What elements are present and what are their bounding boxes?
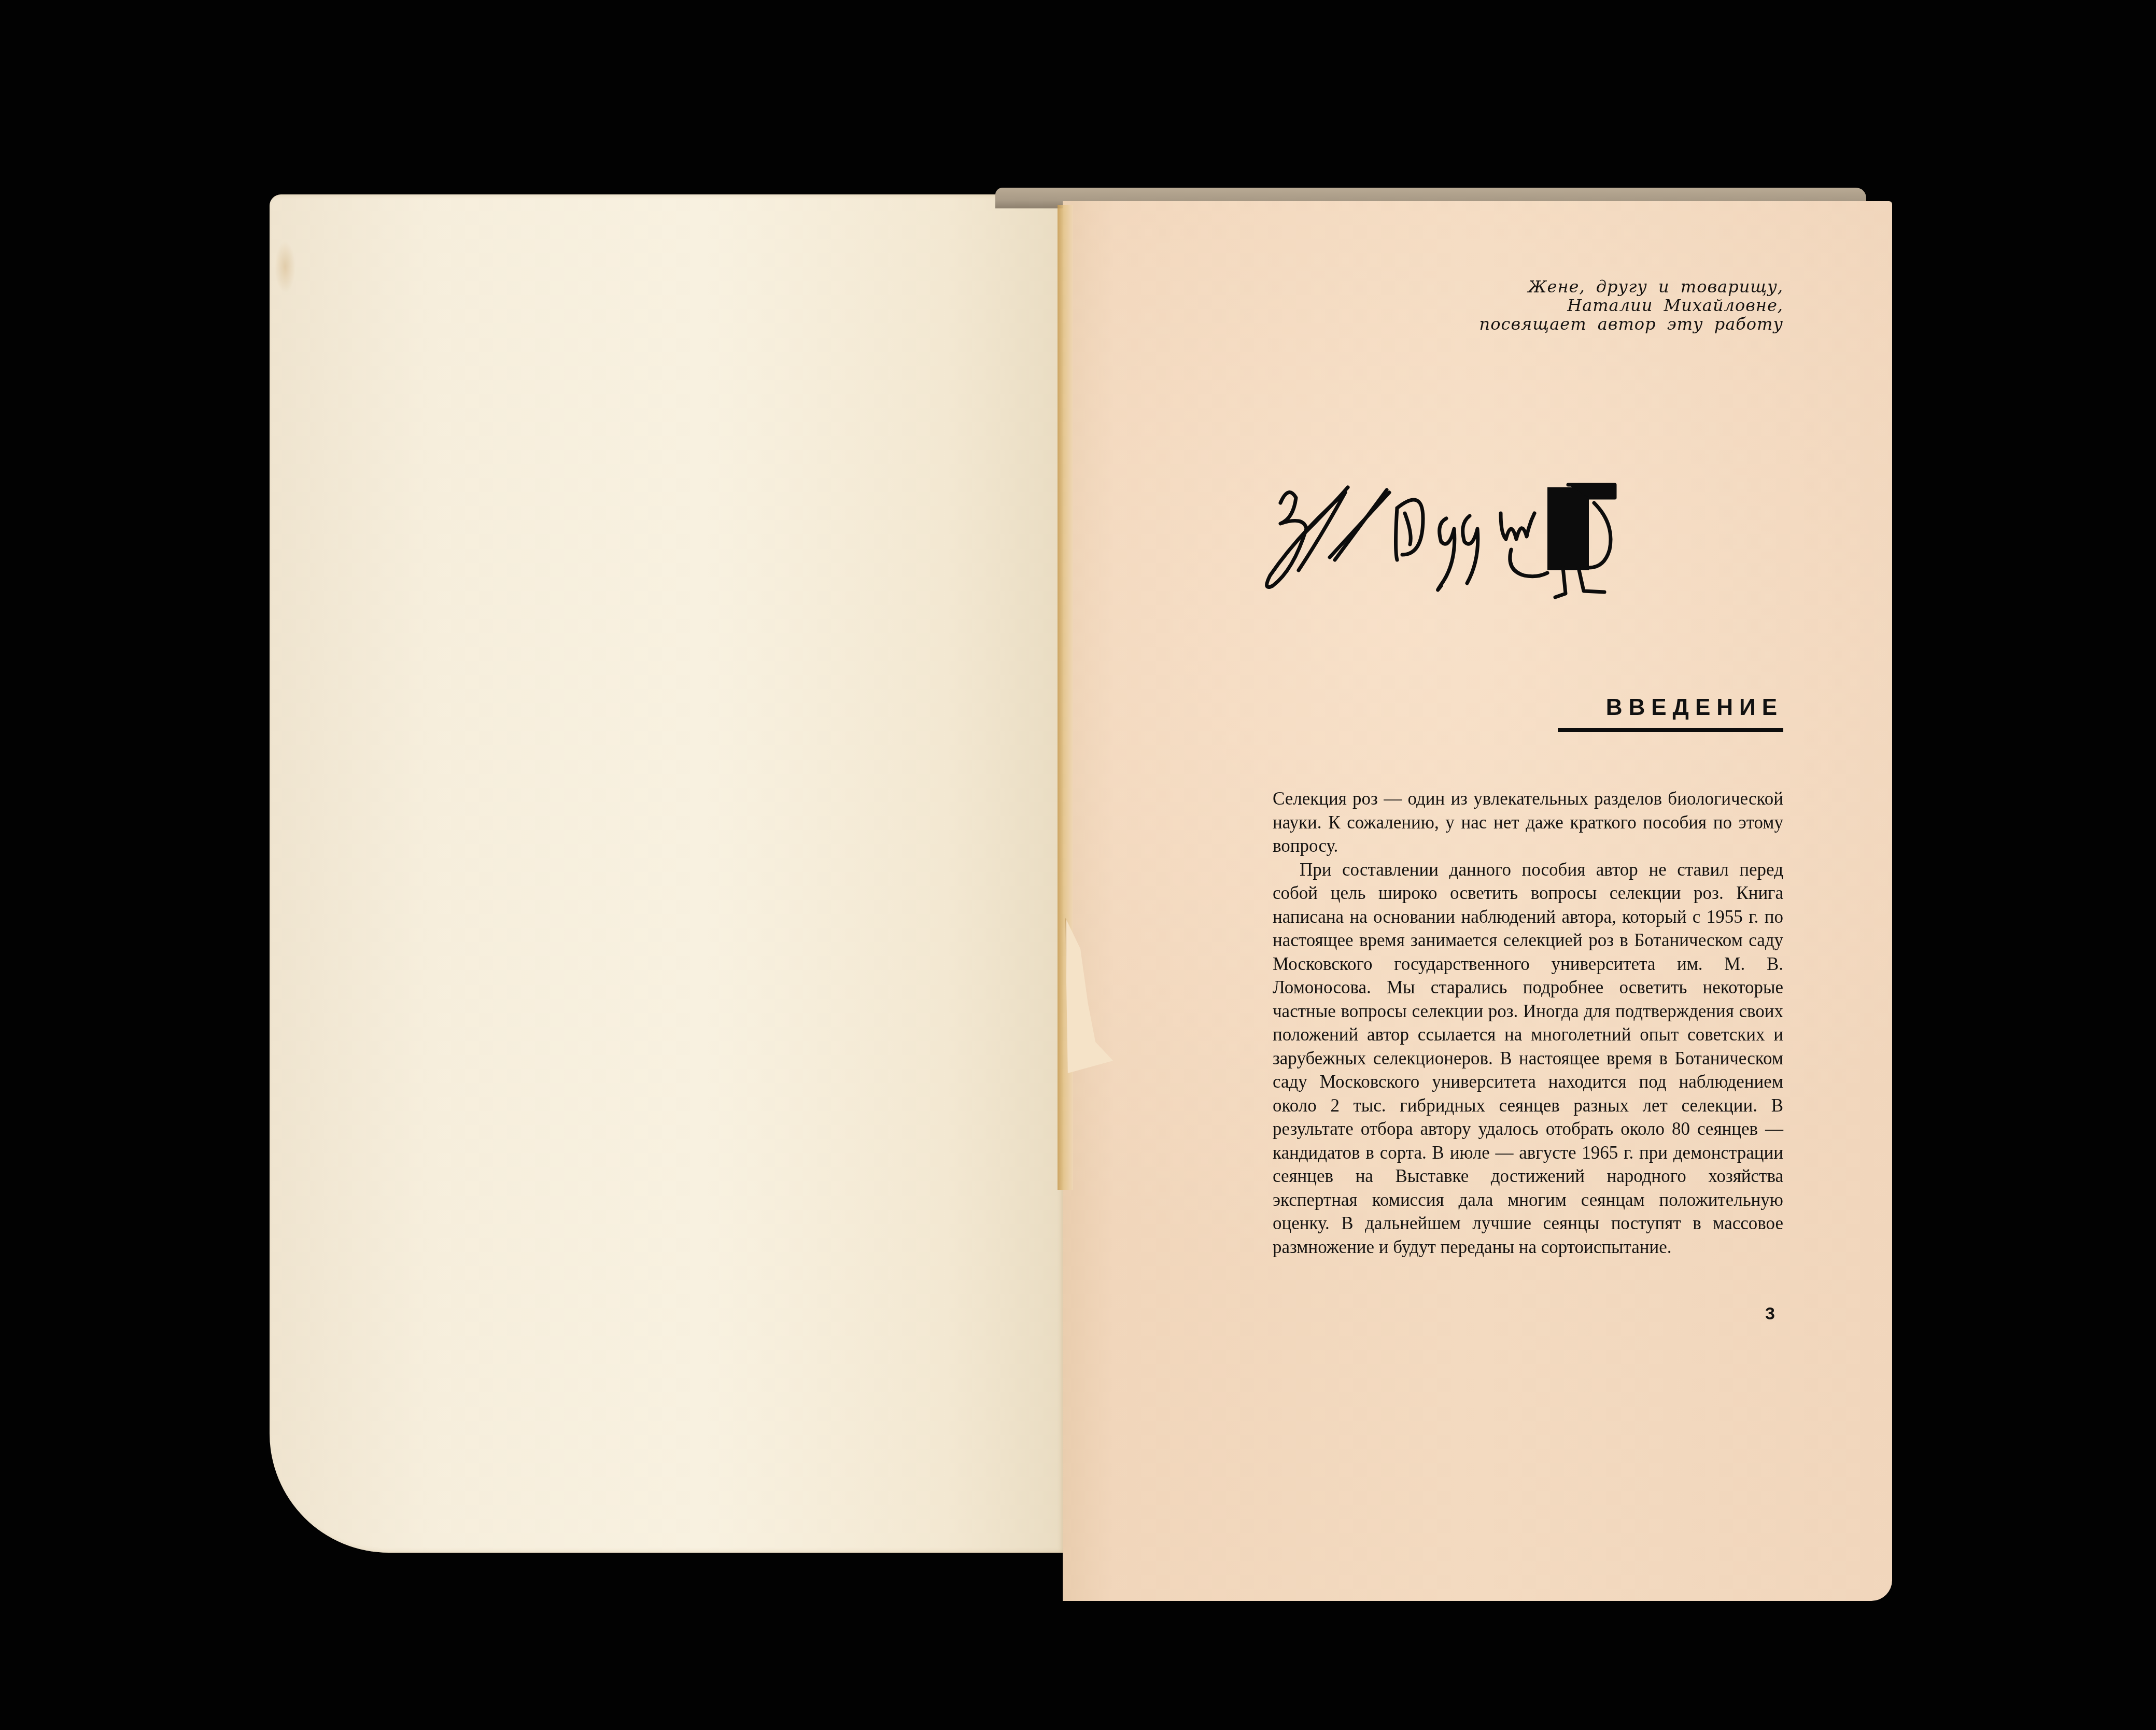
handwritten-signature-icon [1257, 456, 1781, 607]
dedication-line: посвящает автор эту работу [1479, 315, 1783, 333]
page-number: 3 [1765, 1304, 1775, 1324]
paragraph: При составлении данного пособия автор не… [1273, 858, 1783, 1259]
dedication-line: Жене, другу и товарищу, [1479, 277, 1783, 296]
dedication: Жене, другу и товарищу, Наталии Михайлов… [1479, 277, 1783, 333]
dedication-line: Наталии Михайловне, [1479, 296, 1783, 315]
section-heading: ВВЕДЕНИЕ [1560, 695, 1783, 721]
paragraph: Селекция роз — один из увлекательных раз… [1273, 787, 1783, 858]
heading-underline [1558, 728, 1783, 732]
left-page-blank [270, 194, 1065, 1553]
paper-stain [275, 241, 295, 293]
body-text: Селекция роз — один из увлекательных раз… [1273, 787, 1783, 1259]
